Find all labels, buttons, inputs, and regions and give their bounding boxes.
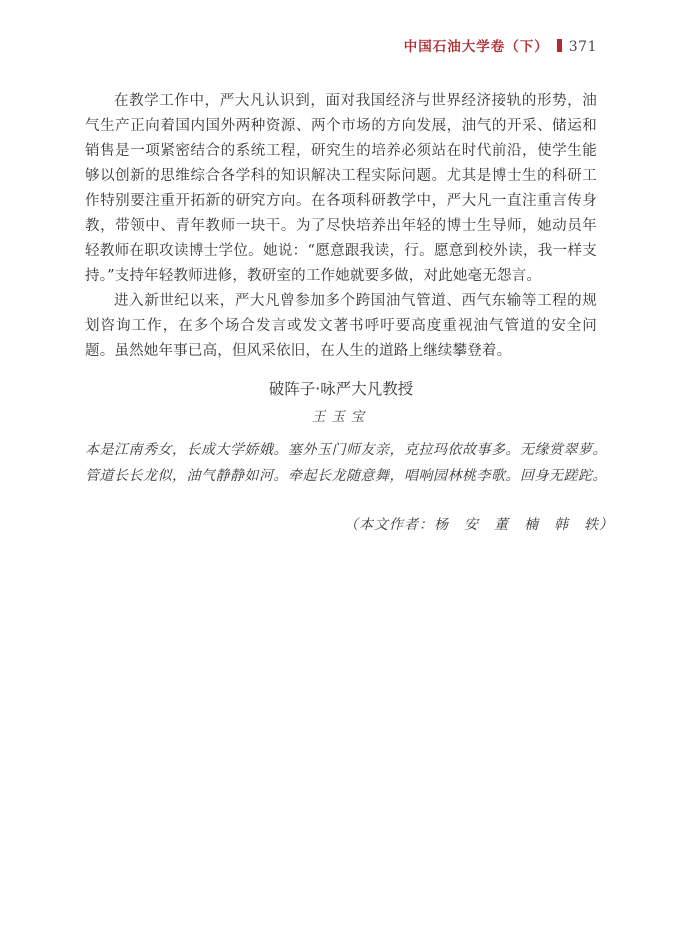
running-head: 中国石油大学卷（下）371 xyxy=(85,0,597,56)
text-column: 中国石油大学卷（下）371 在教学工作中，严大凡认识到，面对我国经济与世界经济接… xyxy=(85,0,597,535)
author-attribution: （本文作者：杨 安 董 楠 韩 轶） xyxy=(85,515,614,535)
paragraph-teaching-work: 在教学工作中，严大凡认识到，面对我国经济与世界经济接轨的形势，油气生产正向着国内… xyxy=(85,89,597,289)
volume-title: 中国石油大学卷（下） xyxy=(404,39,549,55)
article-body: 在教学工作中，严大凡认识到，面对我国经济与世界经济接轨的形势，油气生产正向着国内… xyxy=(85,89,597,364)
poem-line: 本是江南秀女，长成大学娇娥。塞外玉门师友亲，克拉玛依故事多。无缘赏翠萝。 xyxy=(85,437,597,463)
paragraph-new-century: 进入新世纪以来，严大凡曾参加多个跨国油气管道、西气东输等工程的规划咨询工作，在多… xyxy=(85,289,597,364)
poem-body: 本是江南秀女，长成大学娇娥。塞外玉门师友亲，克拉玛依故事多。无缘赏翠萝。 管道长… xyxy=(85,437,597,489)
poem-title: 破阵子·咏严大凡教授 xyxy=(85,378,597,400)
poem-line: 管道长长龙似，油气静静如河。牵起长龙随意舞，唱响园林桃李歌。回身无蹉跎。 xyxy=(85,463,597,489)
red-vertical-bar-icon xyxy=(557,39,562,52)
book-page: 中国石油大学卷（下）371 在教学工作中，严大凡认识到，面对我国经济与世界经济接… xyxy=(0,0,680,945)
poem-author: 王玉宝 xyxy=(85,408,597,427)
page-number: 371 xyxy=(569,39,597,55)
